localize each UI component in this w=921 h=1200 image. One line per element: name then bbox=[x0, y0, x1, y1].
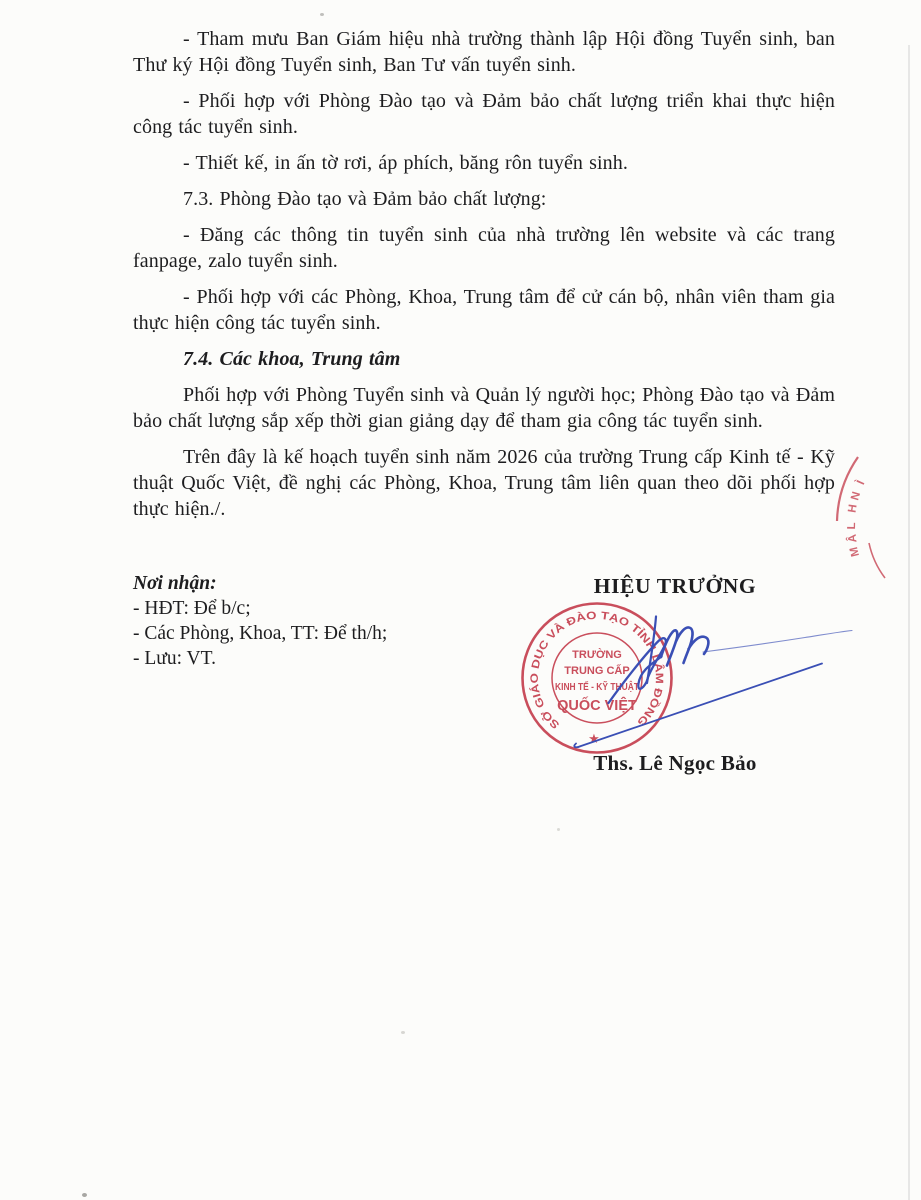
recipient-item: - Lưu: VT. bbox=[133, 646, 463, 671]
paragraph: - Thiết kế, in ấn tờ rơi, áp phích, băng… bbox=[133, 150, 835, 176]
stamp-inner-circle bbox=[552, 633, 642, 723]
stamp-star: ★ bbox=[588, 731, 600, 746]
signer-name: Ths. Lê Ngọc Bảo bbox=[545, 751, 805, 776]
paragraph: - Đăng các thông tin tuyển sinh của nhà … bbox=[133, 222, 835, 274]
page-edge-shadow bbox=[908, 45, 910, 1200]
page: - Tham mưu Ban Giám hiệu nhà trường thàn… bbox=[0, 0, 921, 1200]
signature-stroke bbox=[647, 617, 656, 684]
paragraph: 7.4. Các khoa, Trung tâm bbox=[133, 346, 835, 372]
edge-stamp: Ì N H L Â M bbox=[837, 457, 885, 578]
paragraph: 7.3. Phòng Đào tạo và Đảm bảo chất lượng… bbox=[133, 186, 835, 212]
scan-speck bbox=[320, 13, 324, 16]
recipient-item: - Các Phòng, Khoa, TT: Để th/h; bbox=[133, 621, 463, 646]
stamp-ring-text: SỞ GIÁO DỤC VÀ ĐÀO TẠO TỈNH LÂM ĐỒNG bbox=[528, 610, 666, 731]
document-body: - Tham mưu Ban Giám hiệu nhà trường thàn… bbox=[133, 26, 835, 532]
signer-title: HIỆU TRƯỞNG bbox=[555, 574, 795, 599]
edge-stamp-letter: Ì bbox=[854, 478, 868, 487]
paragraph: Phối hợp với Phòng Tuyển sinh và Quản lý… bbox=[133, 382, 835, 434]
edge-stamp-outer-arc bbox=[837, 457, 858, 521]
paragraph: - Phối hợp với các Phòng, Khoa, Trung tâ… bbox=[133, 284, 835, 336]
paragraph: Trên đây là kế hoạch tuyển sinh năm 2026… bbox=[133, 444, 835, 522]
edge-stamp-letter: M bbox=[848, 546, 862, 558]
scanned-document-page: { "document": { "paragraphs": [ {"text":… bbox=[0, 0, 921, 1200]
edge-stamp-letter: Â bbox=[846, 534, 860, 544]
recipients-block: Nơi nhận: - HĐT: Để b/c;- Các Phòng, Kho… bbox=[133, 572, 463, 671]
signature-flourish-lower bbox=[574, 664, 822, 748]
scan-speck bbox=[557, 828, 560, 831]
stamp-center-line: KINH TẾ - KỸ THUẬT bbox=[555, 680, 639, 693]
recipients-heading: Nơi nhận: bbox=[133, 572, 463, 596]
edge-stamp-letter: H bbox=[846, 503, 859, 513]
school-stamp: SỞ GIÁO DỤC VÀ ĐÀO TẠO TỈNH LÂM ĐỒNG TRƯ… bbox=[523, 604, 672, 753]
edge-stamp-inner-arc bbox=[869, 543, 885, 578]
scan-speck bbox=[82, 1193, 87, 1197]
stamp-center-line: TRUNG CẤP bbox=[564, 664, 629, 677]
signature-flourish-upper bbox=[703, 631, 852, 653]
recipients-list: - HĐT: Để b/c;- Các Phòng, Khoa, TT: Để … bbox=[133, 596, 463, 671]
stamp-center-line: QUỐC VIỆT bbox=[557, 696, 637, 714]
signature bbox=[574, 617, 852, 748]
paragraph: - Tham mưu Ban Giám hiệu nhà trường thàn… bbox=[133, 26, 835, 78]
paragraph: - Phối hợp với Phòng Đào tạo và Đảm bảo … bbox=[133, 88, 835, 140]
stamp-outer-circle bbox=[523, 604, 672, 753]
recipient-item: - HĐT: Để b/c; bbox=[133, 596, 463, 621]
edge-stamp-letter: L bbox=[846, 522, 858, 529]
signature-stroke bbox=[609, 638, 666, 703]
scan-speck bbox=[401, 1031, 405, 1034]
signature-stroke bbox=[661, 627, 708, 665]
edge-stamp-letter: N bbox=[849, 490, 863, 501]
stamp-center-line: TRƯỜNG bbox=[572, 648, 622, 661]
